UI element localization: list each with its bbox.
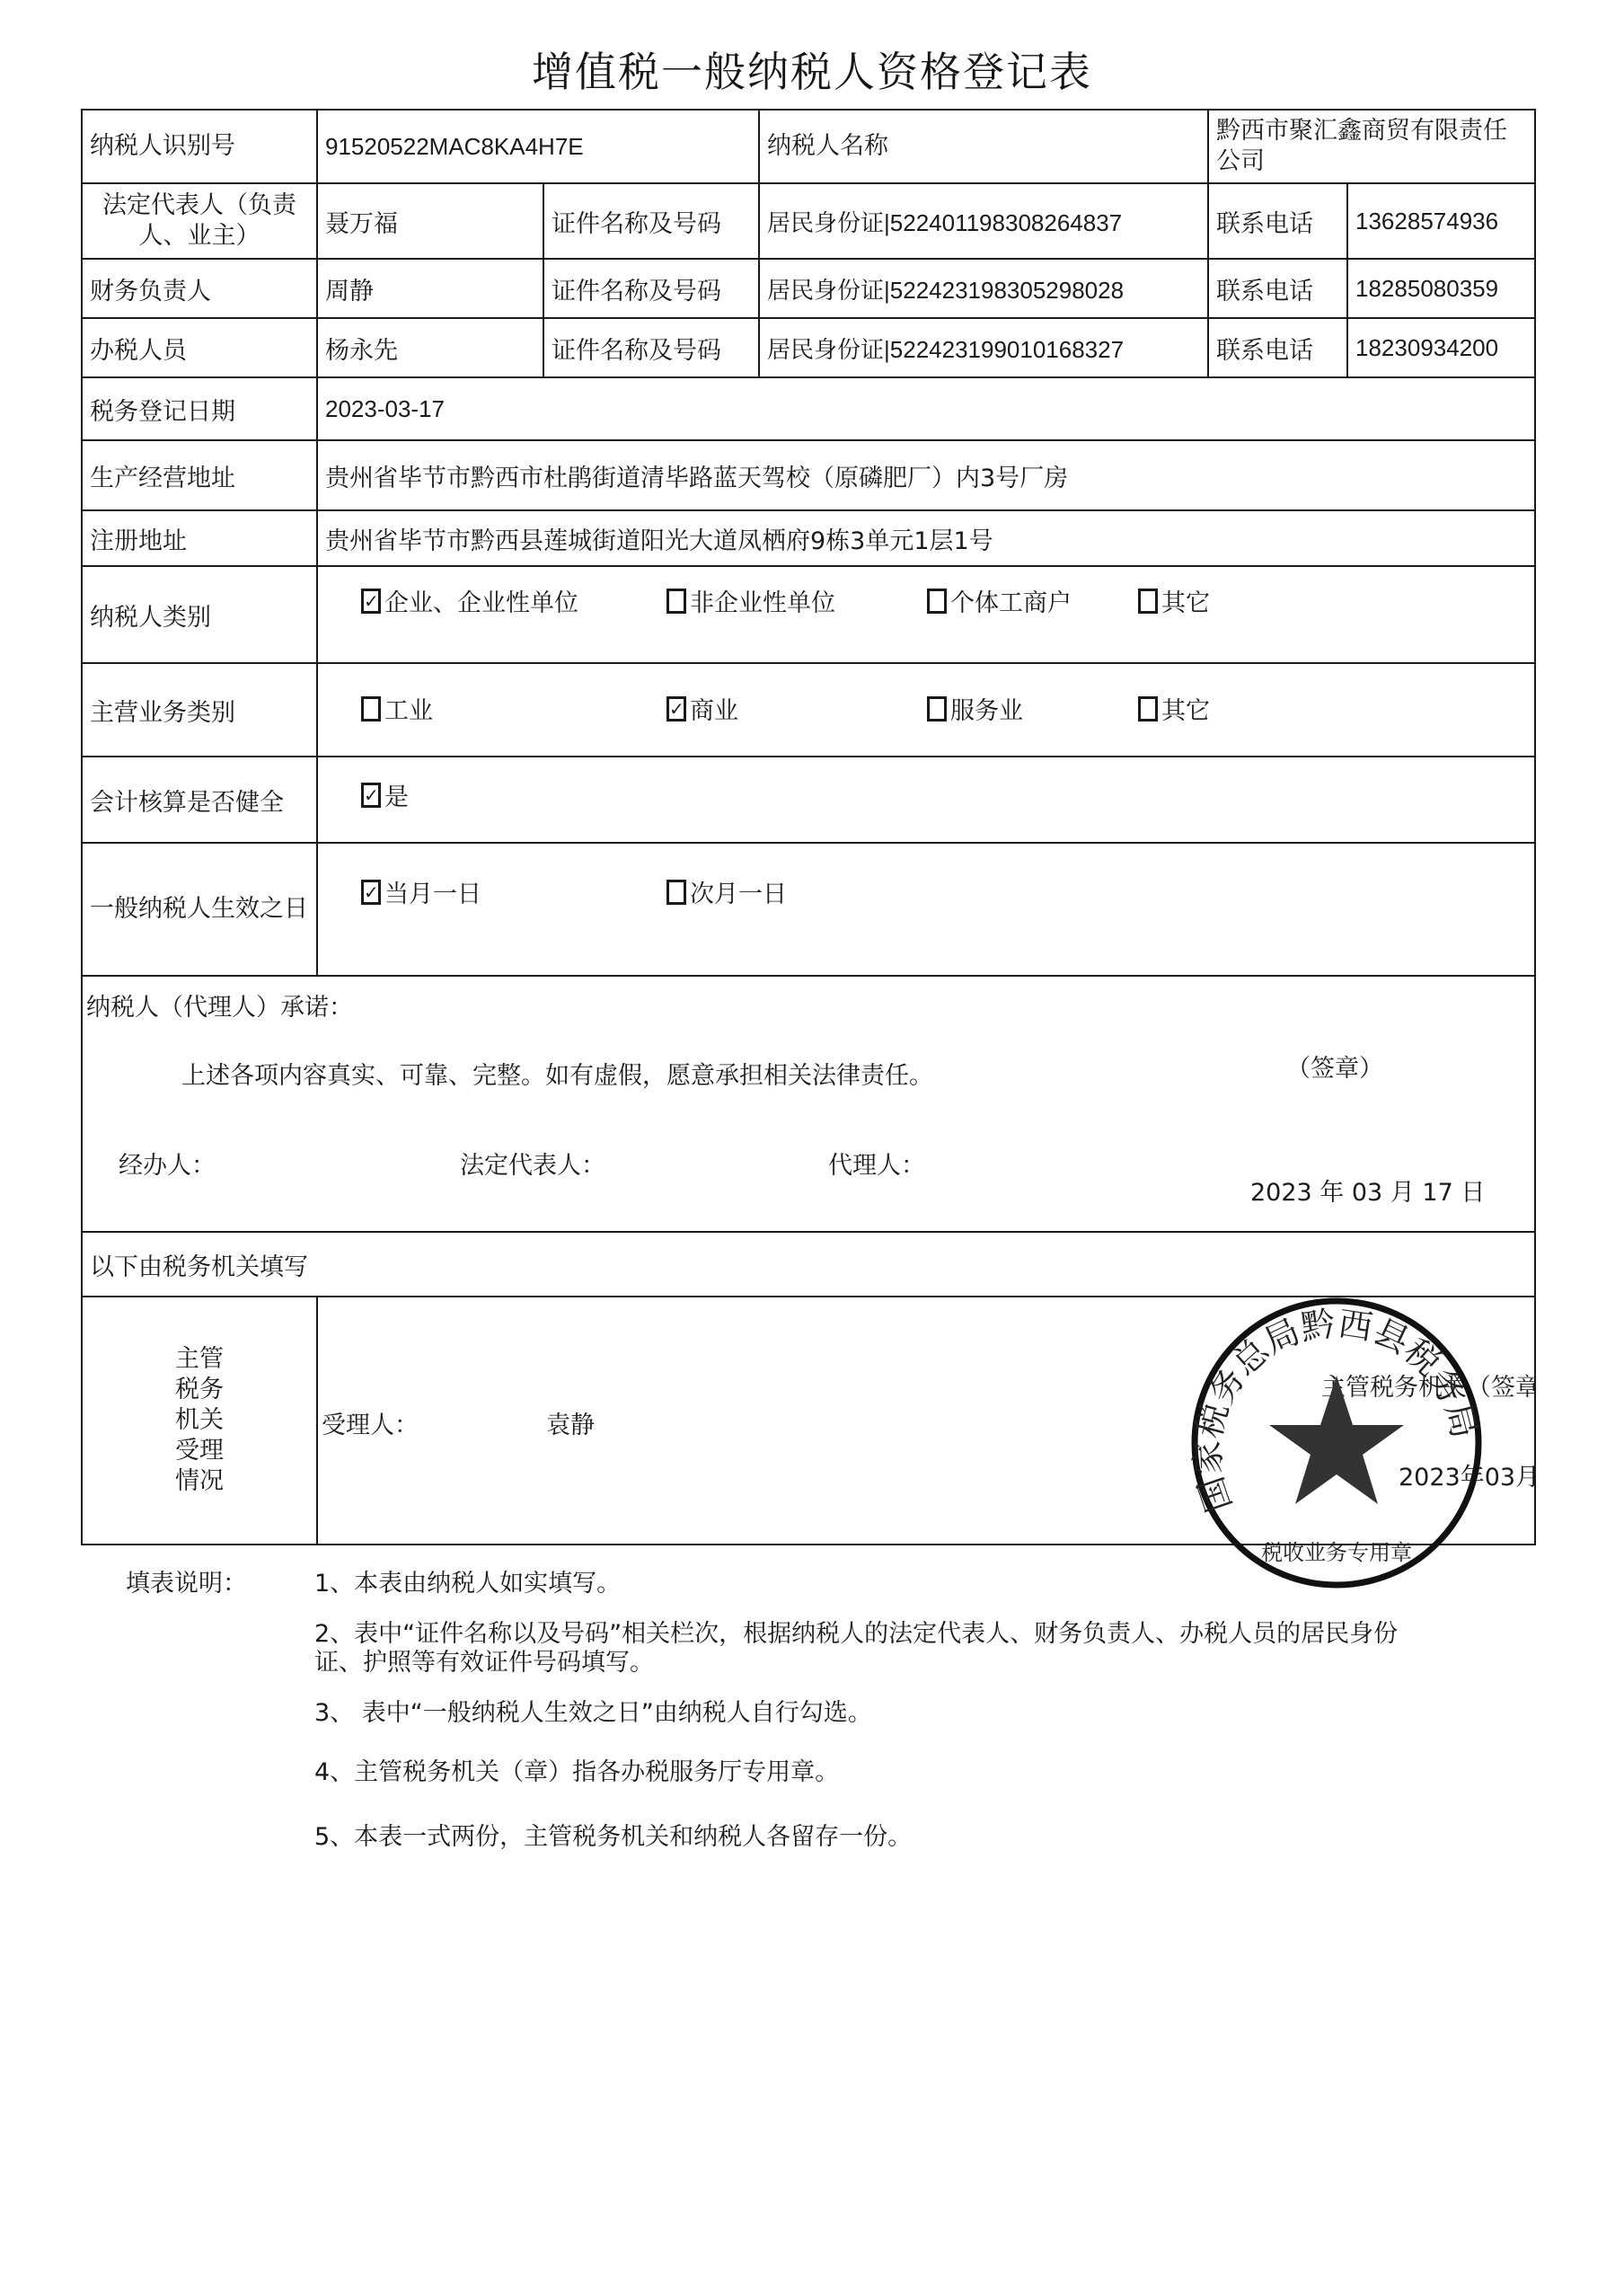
person-row: 法定代表人（负责人、业主） 聂万福 证件名称及号码 居民身份证|52240119…: [82, 183, 1535, 259]
effective-date-label: 一般纳税人生效之日: [82, 843, 317, 976]
pledge-block: 纳税人（代理人）承诺： 上述各项内容真实、可靠、完整。如有虚假，愿意承担相关法律…: [83, 977, 1534, 1226]
receiver-name: 袁静: [546, 1405, 595, 1440]
seal-label: （签章）: [1286, 1049, 1383, 1084]
option-label: 非企业性单位: [690, 583, 835, 618]
agent-label: 代理人：: [828, 1146, 925, 1181]
option-label: 其它: [1161, 583, 1210, 618]
person-name: 周静: [317, 259, 543, 318]
person-id-label: 证件名称及号码: [543, 259, 759, 318]
main-business-label: 主营业务类别: [82, 663, 317, 757]
legal-rep-label: 法定代表人：: [460, 1146, 605, 1181]
tax-authority-heading: 以下由税务机关填写: [82, 1232, 1535, 1297]
accounting-row: 会计核算是否健全 ✓是: [82, 757, 1535, 843]
person-id-label: 证件名称及号码: [543, 183, 759, 259]
checkbox-empty-icon[interactable]: [1138, 589, 1158, 614]
person-role: 财务负责人: [82, 259, 317, 318]
checkbox-checked-icon[interactable]: ✓: [361, 880, 381, 905]
person-phone: 13628574936: [1347, 183, 1535, 259]
pledge-date: 2023 年 03 月 17 日: [1250, 1173, 1485, 1208]
option-checkbox[interactable]: ✓商业: [666, 691, 738, 726]
person-row: 办税人员 杨永先 证件名称及号码 居民身份证|52242319901016832…: [82, 318, 1535, 377]
person-name: 聂万福: [317, 183, 543, 259]
person-phone-label: 联系电话: [1208, 183, 1347, 259]
option-checkbox[interactable]: ✓企业、企业性单位: [361, 583, 578, 618]
tax-authority-section-label: 主管税务机关受理情况: [82, 1297, 317, 1545]
taxpayer-id-value: 91520522MAC8KA4H7E: [317, 110, 759, 183]
registered-address-value: 贵州省毕节市黔西县莲城街道阳光大道凤栖府9栋3单元1层1号: [317, 510, 1535, 566]
option-checkbox[interactable]: 个体工商户: [927, 583, 1072, 618]
option-label: 个体工商户: [950, 583, 1072, 618]
stamp-bottom-text: 税收业务专用章: [1261, 1540, 1412, 1565]
effective-date-row: 一般纳税人生效之日 ✓当月一日次月一日: [82, 843, 1535, 976]
instruction-item: 5、本表一式两份，主管税务机关和纳税人各留存一份。: [314, 1817, 912, 1852]
option-checkbox[interactable]: 工业: [361, 691, 433, 726]
person-phone-label: 联系电话: [1208, 318, 1347, 377]
accounting-options: ✓是: [317, 757, 1535, 843]
taxpayer-category-row: 纳税人类别 ✓企业、企业性单位非企业性单位个体工商户其它: [82, 566, 1535, 663]
taxpayer-id-label: 纳税人识别号: [82, 110, 317, 183]
person-role: 办税人员: [82, 318, 317, 377]
option-label: 其它: [1161, 691, 1210, 726]
person-id-value: 居民身份证|522423199010168327: [759, 318, 1208, 377]
checkbox-empty-icon[interactable]: [666, 880, 686, 905]
instruction-item: 4、主管税务机关（章）指各办税服务厅专用章。: [314, 1752, 839, 1787]
taxpayer-name-label: 纳税人名称: [759, 110, 1208, 183]
option-checkbox[interactable]: ✓是: [361, 777, 409, 812]
registered-address-row: 注册地址 贵州省毕节市黔西县莲城街道阳光大道凤栖府9栋3单元1层1号: [82, 510, 1535, 566]
person-id-label: 证件名称及号码: [543, 318, 759, 377]
option-label: 次月一日: [690, 874, 787, 909]
registration-date-value: 2023-03-17: [317, 377, 1535, 440]
instruction-item: 1、本表由纳税人如实填写。: [314, 1563, 621, 1598]
tax-authority-heading-row: 以下由税务机关填写: [82, 1232, 1535, 1297]
taxpayer-category-options: ✓企业、企业性单位非企业性单位个体工商户其它: [317, 566, 1535, 663]
person-role: 法定代表人（负责人、业主）: [82, 183, 317, 259]
option-checkbox[interactable]: 服务业: [927, 691, 1023, 726]
taxpayer-category-label: 纳税人类别: [82, 566, 317, 663]
option-label: 企业、企业性单位: [384, 583, 578, 618]
option-checkbox[interactable]: ✓当月一日: [361, 874, 481, 909]
receiver-label: 受理人：: [322, 1405, 419, 1440]
checkbox-empty-icon[interactable]: [927, 696, 947, 721]
person-phone: 18230934200: [1347, 318, 1535, 377]
option-label: 当月一日: [384, 874, 481, 909]
registered-address-label: 注册地址: [82, 510, 317, 566]
taxpayer-id-row: 纳税人识别号 91520522MAC8KA4H7E 纳税人名称 黔西市聚汇鑫商贸…: [82, 110, 1535, 183]
person-phone: 18285080359: [1347, 259, 1535, 318]
option-label: 工业: [384, 691, 433, 726]
accounting-label: 会计核算是否健全: [82, 757, 317, 843]
instruction-item: 证、护照等有效证件号码填写。: [314, 1642, 654, 1677]
handler-label: 经办人：: [119, 1146, 216, 1181]
person-name: 杨永先: [317, 318, 543, 377]
option-checkbox[interactable]: 次月一日: [666, 874, 787, 909]
pledge-row: 纳税人（代理人）承诺： 上述各项内容真实、可靠、完整。如有虚假，愿意承担相关法律…: [82, 976, 1535, 1232]
person-row: 财务负责人 周静 证件名称及号码 居民身份证|52242319830529802…: [82, 259, 1535, 318]
option-checkbox[interactable]: 非企业性单位: [666, 583, 835, 618]
taxpayer-name-value: 黔西市聚汇鑫商贸有限责任公司: [1208, 110, 1535, 183]
checkbox-empty-icon[interactable]: [927, 589, 947, 614]
business-address-value: 贵州省毕节市黔西市杜鹃街道清毕路蓝天驾校（原磷肥厂）内3号厂房: [317, 440, 1535, 510]
business-address-row: 生产经营地址 贵州省毕节市黔西市杜鹃街道清毕路蓝天驾校（原磷肥厂）内3号厂房: [82, 440, 1535, 510]
option-label: 是: [384, 777, 409, 812]
registration-date-label: 税务登记日期: [82, 377, 317, 440]
main-business-row: 主营业务类别 工业✓商业服务业其它: [82, 663, 1535, 757]
pledge-heading: 纳税人（代理人）承诺：: [86, 987, 353, 1022]
checkbox-checked-icon[interactable]: ✓: [361, 589, 381, 614]
star-icon: [1269, 1376, 1404, 1504]
option-checkbox[interactable]: 其它: [1138, 691, 1210, 726]
option-checkbox[interactable]: 其它: [1138, 583, 1210, 618]
person-id-value: 居民身份证|522423198305298028: [759, 259, 1208, 318]
pledge-statement: 上述各项内容真实、可靠、完整。如有虚假，愿意承担相关法律责任。: [181, 1056, 933, 1091]
registration-date-row: 税务登记日期 2023-03-17: [82, 377, 1535, 440]
checkbox-checked-icon[interactable]: ✓: [361, 783, 381, 808]
instructions-heading: 填表说明：: [126, 1563, 247, 1598]
main-business-options: 工业✓商业服务业其它: [317, 663, 1535, 757]
form-title: 增值税一般纳税人资格登记表: [0, 40, 1624, 99]
checkbox-empty-icon[interactable]: [666, 589, 686, 614]
person-phone-label: 联系电话: [1208, 259, 1347, 318]
checkbox-empty-icon[interactable]: [1138, 696, 1158, 721]
option-label: 服务业: [950, 691, 1023, 726]
option-label: 商业: [690, 691, 738, 726]
person-id-value: 居民身份证|522401198308264837: [759, 183, 1208, 259]
checkbox-checked-icon[interactable]: ✓: [666, 696, 686, 721]
checkbox-empty-icon[interactable]: [361, 696, 381, 721]
official-stamp: 国家税务总局黔西县税务局 税收业务专用章: [1184, 1290, 1489, 1596]
effective-date-options: ✓当月一日次月一日: [317, 843, 1535, 976]
instruction-item: 3、 表中“一般纳税人生效之日”由纳税人自行勾选。: [314, 1693, 872, 1728]
business-address-label: 生产经营地址: [82, 440, 317, 510]
